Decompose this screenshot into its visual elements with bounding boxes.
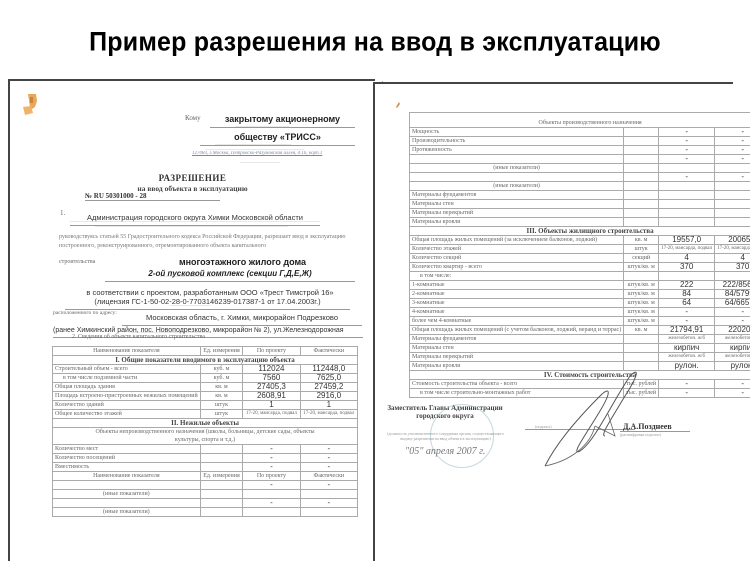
table-cell: железобетон. ж/б [659,335,715,344]
table-cell: кв. м [624,326,659,335]
table-cell: III. Объекты жилищного строительства [410,227,750,236]
table-cell: Ед. измерения [200,347,243,356]
table-cell: 112024 [243,365,300,374]
table-cell: - [715,155,750,164]
table-row: Материалы кровли [410,218,750,227]
table-cell [624,164,659,173]
table-cell: - [300,445,357,454]
table-cell: - [300,499,357,508]
table-cell [300,508,357,517]
table-cell: - [715,380,750,389]
table-cell: 4 [715,254,750,263]
item1-number: 1. [60,209,65,217]
table-cell: штук [624,245,659,254]
table-cell: 4-комнатные [410,308,624,317]
permit-body-text: руководствуясь статьей 55 Градостроитель… [59,233,359,251]
table-cell: Общая площадь жилых помещений (с учетом … [410,326,624,335]
table-cell [715,200,750,209]
doc-number-label: № [85,192,92,200]
table-cell: - [243,454,300,463]
table-cell [200,445,243,454]
signer-name-caption: (расшифровка подписи) [620,431,690,437]
table-cell: куб. м [200,374,243,383]
table-cell [410,173,624,182]
table-cell: - [659,128,715,137]
table-row: Строительный объем - всегокуб. м11202411… [53,365,358,374]
table-row: 4-комнатныештук/кв. м-- [410,308,750,317]
table-row: Материалы фундаментов [410,191,750,200]
table-cell: Мощность [410,128,624,137]
table-row: Материалы фундаментовжелезобетон. ж/бжел… [410,335,750,344]
table-cell: более чем 4-комнатные [410,317,624,326]
table-row: (иные показатели) [53,508,358,517]
table-cell: 84/5799,6 [715,290,750,299]
table-cell: 3-комнатные [410,299,624,308]
table-cell: Фактически [300,472,357,481]
table-cell [659,209,715,218]
table-cell: 27405,3 [243,383,300,392]
table-row: 1-комнатныештук/кв. м222222/8569,1 [410,281,750,290]
table-row: более чем 4-комнатныештук/кв. м-- [410,317,750,326]
table-row: (иные показатели) [53,490,358,499]
table-cell: (иные показатели) [53,508,201,517]
table-cell: Количество зданий [53,401,201,410]
table-cell: Объекты производственного назначения [410,113,750,128]
table-cell: 370 [715,263,750,272]
table-cell: железобетон ж/б [715,335,750,344]
section2-title: 2. Сведения об объекте капитального стро… [72,334,205,340]
table-cell: Материалы стен [410,344,624,353]
table-row: Вместимость-- [53,463,358,472]
table-row: Протяженность-- [410,146,750,155]
table-cell: штук/кв. м [624,299,659,308]
table-cell: Вместимость [53,463,201,472]
table-row: Количество секцийсекций44 [410,254,750,263]
table-cell: Протяженность [410,146,624,155]
table-row: 3-комнатныештук/кв. м6464/6657,1 [410,299,750,308]
table-cell: Количество посещений [53,454,201,463]
table-cell: кирпич [715,344,750,353]
table-cell: - [715,146,750,155]
table-cell [624,155,659,164]
table-cell: - [659,380,715,389]
table-row: Материалы перекрытийжелезобетон. ж/бжеле… [410,353,750,362]
table-cell: Фактически [300,347,357,356]
table-cell: штук/кв. м [624,290,659,299]
table-cell: - [300,454,357,463]
table-cell: - [300,481,357,490]
table-cell: (иные показатели) [410,164,624,173]
addressee-address: 127083, г.Москва, Петровско-Разумовская … [192,151,357,156]
table-cell: 7625,0 [300,374,357,383]
signer-name: Д.А.Позднеев [623,422,672,431]
table-cell: Материалы перекрытий [410,209,624,218]
table-cell: - [659,389,715,398]
table-cell: Материалы фундаментов [410,191,624,200]
table-cell: По проекту [243,472,300,481]
table-cell: I. Общие показатели вводимого в эксплуат… [53,356,358,365]
table-cell: железобетон. ж/б [659,353,715,362]
signature-icon [540,366,650,471]
table-cell: - [300,463,357,472]
table-cell: в том числе подземной части [53,374,201,383]
table-row: Общая площадь жилых помещений (с учетом … [410,326,750,335]
table-cell: 370 [659,263,715,272]
table-cell [300,490,357,499]
table-cell [659,182,715,191]
table-cell: Общая площадь здания [53,383,201,392]
table-cell [624,218,659,227]
table-cell [624,344,659,353]
table-cell: - [715,317,750,326]
table-cell [200,481,243,490]
table-cell [659,272,715,281]
table-cell: Общее количество этажей [53,410,201,419]
table-row: Количество зданийштук11 [53,401,358,410]
table-cell [624,146,659,155]
table-cell: - [243,445,300,454]
table-cell: II. Нежилые объекты [53,419,358,428]
table-cell: штук/кв. м [624,281,659,290]
table-cell: 17-20, мансарда, подвал [715,245,750,254]
table-cell: 2916,0 [300,392,357,401]
table-cell: Количество мест [53,445,201,454]
table-cell: 222/8569,1 [715,281,750,290]
table-cell: Материалы перекрытий [410,353,624,362]
table-cell: 64 [659,299,715,308]
table-row: Количество квартир - всегоштук/кв. м3703… [410,263,750,272]
table-cell: 21794,91 [659,326,715,335]
construction-label: строительства [59,259,95,265]
table-cell: 64/6657,1 [715,299,750,308]
table-cell: Наименование показателя [53,347,201,356]
table-row: Общее количество этажейштук17-20, мансар… [53,410,358,419]
table-cell: кв. м [200,392,243,401]
table-cell: (иные показатели) [410,182,624,191]
table-cell: железобетон ж/б [715,353,750,362]
table-cell: - [715,308,750,317]
coat-of-arms-mark-icon [395,102,401,108]
table-cell: Материалы стен [410,200,624,209]
table-cell: 1 [300,401,357,410]
table-cell: 1-комнатные [410,281,624,290]
table-cell: - [715,173,750,182]
table-cell [200,463,243,472]
table-cell: рулон. [659,362,715,371]
section-row: Объекты производственного назначения [410,113,750,128]
table-cell: Производительность [410,137,624,146]
table-cell: - [659,137,715,146]
table-row: Материалы стен [410,200,750,209]
table-cell: - [243,463,300,472]
table-cell [659,200,715,209]
table-cell: штук [200,401,243,410]
table-cell: - [659,173,715,182]
table-cell [624,335,659,344]
object-info-table: Наименование показателяЕд. измеренияПо п… [52,346,358,517]
table-cell: Количество квартир - всего [410,263,624,272]
table-row: -- [53,481,358,490]
table-row: 2-комнатныештук/кв. м8484/5799,6 [410,290,750,299]
table-cell [624,128,659,137]
table-cell: штук/кв. м [624,317,659,326]
table-cell: - [659,146,715,155]
table-cell: Общая площадь жилых помещений (за исключ… [410,236,624,245]
table-cell: 84 [659,290,715,299]
table-cell: 112448,0 [300,365,357,374]
table-cell [624,353,659,362]
table-cell: кирпич [659,344,715,353]
table-row: (иные показатели) [410,164,750,173]
table-cell: 1 [243,401,300,410]
table-cell: Объекты непроизводственного назначения (… [53,428,358,445]
permit-page-2: Объекты производственного назначенияМощн… [373,82,733,561]
table-row: Количество посещений-- [53,454,358,463]
table-cell [624,173,659,182]
table-cell [659,218,715,227]
section-row: III. Объекты жилищного строительства [410,227,750,236]
page-heading: Пример разрешения на ввод в эксплуатацию [0,27,750,58]
table-row: -- [410,155,750,164]
table-cell: - [243,481,300,490]
table-cell: Строительный объем - всего [53,365,201,374]
table-cell [624,272,659,281]
table-cell [624,182,659,191]
address-label: расположенного по адресу: [53,310,117,316]
table-cell [715,209,750,218]
table-cell: - [715,389,750,398]
table-header-row: Наименование показателяЕд. измеренияПо п… [53,472,358,481]
table-cell [243,508,300,517]
table-cell [659,164,715,173]
official-stamp [430,404,494,468]
table-cell [200,508,243,517]
table-cell: 222 [659,281,715,290]
table-cell: Площадь встроено-пристроенных нежилых по… [53,392,201,401]
table-cell [624,200,659,209]
permit-page-1: Кому закрытому акционерному ————————————… [8,79,375,561]
table-row: Количество мест-- [53,445,358,454]
table-row: Производительность-- [410,137,750,146]
table-row: Общая площадь зданиякв. м27405,327459,2 [53,383,358,392]
table-row: Количество этажейштук17-20, мансарда, по… [410,245,750,254]
table-row: в том числе подземной частикуб. м7560762… [53,374,358,383]
table-cell [200,454,243,463]
table-cell: (иные показатели) [53,490,201,499]
table-cell: 4 [659,254,715,263]
table-cell: Количество этажей [410,245,624,254]
table-cell: штук [200,410,243,419]
table-cell: 17-20, мансарда, подвал [243,410,300,419]
table-cell: 17-20, мансарда, подвал [659,245,715,254]
table-cell [659,191,715,200]
table-cell: По проекту [243,347,300,356]
table-cell: Материалы кровли [410,218,624,227]
table-cell [715,272,750,281]
table-row: Мощность-- [410,128,750,137]
table-cell: 7560 [243,374,300,383]
doc-number: RU 50301000 - 28 [94,192,147,200]
section-row: Объекты непроизводственного назначения (… [53,428,358,445]
table-cell: рулон. [715,362,750,371]
table-cell: кв. м [200,383,243,392]
object-details-table: Объекты производственного назначенияМощн… [409,112,750,398]
table-header-row: Наименование показателяЕд. измеренияПо п… [53,347,358,356]
table-cell: - [715,128,750,137]
table-cell: Материалы фундаментов [410,335,624,344]
table-cell: Количество секций [410,254,624,263]
section-row: II. Нежилые объекты [53,419,358,428]
table-cell: - [659,155,715,164]
table-cell: секций [624,254,659,263]
table-cell: Наименование показателя [53,472,201,481]
addressee-label: Кому [185,114,201,122]
table-cell: куб. м [200,365,243,374]
table-row: Площадь встроено-пристроенных нежилых по… [53,392,358,401]
table-row: (иные показатели) [410,182,750,191]
table-cell [53,481,201,490]
table-cell: кв. м [624,236,659,245]
table-cell [624,137,659,146]
table-row: -- [53,499,358,508]
table-row: -- [410,173,750,182]
table-cell: 20065,8 [715,236,750,245]
table-cell [715,191,750,200]
doc-title: РАЗРЕШЕНИЕ [10,173,375,183]
table-cell: штук/кв. м [624,263,659,272]
table-cell: 2608,91 [243,392,300,401]
table-cell: - [715,137,750,146]
table-cell: штук/кв. м [624,308,659,317]
issue-date: "05" апреля 2007 г. [405,446,485,457]
table-cell: - [659,317,715,326]
table-cell [624,191,659,200]
table-cell: Ед. измерения [200,472,243,481]
table-cell [715,164,750,173]
table-cell: 19557,0 [659,236,715,245]
table-cell: 2-комнатные [410,290,624,299]
table-cell [200,499,243,508]
table-row: Общая площадь жилых помещений (за исключ… [410,236,750,245]
table-row: Материалы перекрытий [410,209,750,218]
table-cell [715,182,750,191]
table-row: Материалы стенкирпичкирпич [410,344,750,353]
table-cell [715,218,750,227]
table-cell: 17-20, мансарда, подвал [300,410,357,419]
table-cell [624,209,659,218]
section-row: I. Общие показатели вводимого в эксплуат… [53,356,358,365]
table-cell [53,499,201,508]
table-cell: - [659,308,715,317]
table-cell [200,490,243,499]
table-cell: - [243,499,300,508]
table-row: в том числе: [410,272,750,281]
table-cell: 27459,2 [300,383,357,392]
table-cell [410,155,624,164]
table-cell: 22020,0 [715,326,750,335]
coat-of-arms-icon [22,93,40,117]
table-cell [243,490,300,499]
table-cell: в том числе: [410,272,624,281]
